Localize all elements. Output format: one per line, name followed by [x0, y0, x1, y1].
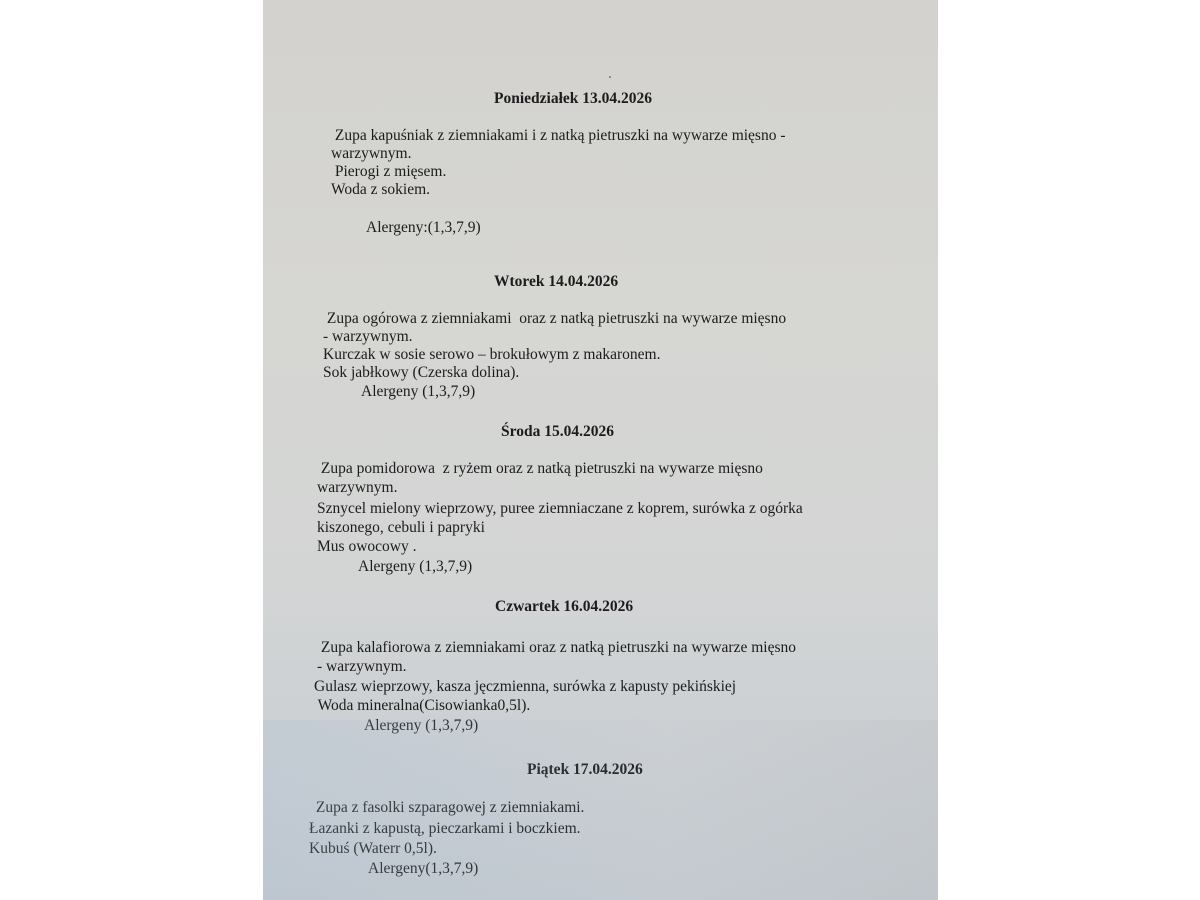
menu-line: Zupa ogórowa z ziemniakami oraz z natką …	[323, 310, 786, 328]
day-title-thursday: Czwartek 16.04.2026	[495, 598, 633, 616]
menu-line: Zupa kapuśniak z ziemniakami i z natką p…	[331, 127, 786, 145]
menu-line: Gulasz wieprzowy, kasza jęczmienna, suró…	[314, 678, 736, 696]
menu-line: - warzywnym.	[323, 328, 413, 346]
paper-speck	[609, 76, 611, 78]
menu-line: Sznycel mielony wieprzowy, puree ziemnia…	[317, 500, 803, 518]
menu-line: Zupa pomidorowa z ryżem oraz z natką pie…	[317, 460, 763, 478]
menu-line: Kurczak w sosie serowo – brokułowym z ma…	[323, 346, 660, 364]
allergens-thursday: Alergeny (1,3,7,9)	[364, 717, 478, 735]
allergens-monday: Alergeny:(1,3,7,9)	[366, 219, 481, 237]
allergens-tuesday: Alergeny (1,3,7,9)	[361, 383, 475, 401]
menu-line: Kubuś (Waterr 0,5l).	[309, 840, 437, 858]
menu-line: warzywnym.	[331, 145, 412, 163]
day-title-friday: Piątek 17.04.2026	[527, 761, 643, 779]
day-title-monday: Poniedziałek 13.04.2026	[494, 90, 652, 108]
day-title-wednesday: Środa 15.04.2026	[501, 423, 614, 441]
menu-line: Łazanki z kapustą, pieczarkami i boczkie…	[309, 820, 581, 838]
menu-line: Sok jabłkowy (Czerska dolina).	[323, 364, 519, 382]
menu-line: Mus owocowy .	[317, 538, 416, 556]
menu-line: warzywnym.	[317, 479, 398, 497]
day-title-tuesday: Wtorek 14.04.2026	[494, 273, 618, 291]
allergens-friday: Alergeny(1,3,7,9)	[368, 860, 478, 878]
menu-line: Woda z sokiem.	[331, 181, 430, 199]
menu-line: Zupa z fasolki szparagowej z ziemniakami…	[312, 799, 584, 817]
allergens-wednesday: Alergeny (1,3,7,9)	[358, 558, 472, 576]
menu-line: kiszonego, cebuli i papryki	[317, 519, 485, 537]
menu-line: Woda mineralna(Cisowianka0,5l).	[314, 697, 530, 715]
menu-line: - warzywnym.	[317, 658, 407, 676]
menu-document-page: Poniedziałek 13.04.2026 Zupa kapuśniak z…	[263, 0, 938, 900]
menu-line: Zupa kalafiorowa z ziemniakami oraz z na…	[317, 639, 796, 657]
menu-line: Pierogi z mięsem.	[331, 163, 446, 181]
